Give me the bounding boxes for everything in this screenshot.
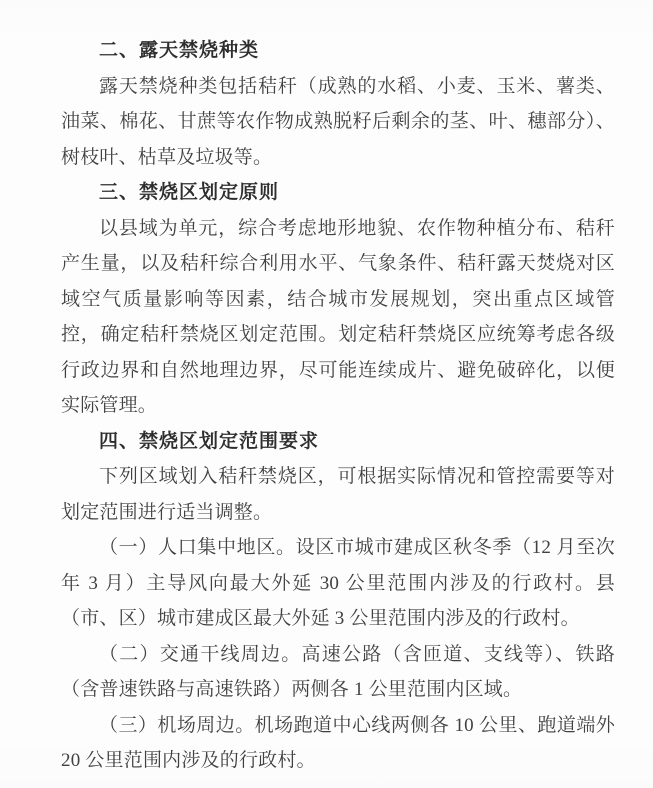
paragraph-item-2-transport-corridors: （二）交通干线周边。高速公路（含匝道、支线等）、铁路（含普速铁路与高速铁路）两侧… bbox=[61, 637, 615, 708]
paragraph-zone-scope-intro: 下列区域划入秸秆禁烧区，可根据实际情况和管控需要等对划定范围进行适当调整。 bbox=[61, 459, 615, 530]
document-body: 二、露天禁烧种类 露天禁烧种类包括秸秆（成熟的水稻、小麦、玉米、薯类、油菜、棉花… bbox=[61, 0, 615, 779]
paragraph-item-3-airport-surroundings: （三）机场周边。机场跑道中心线两侧各 10 公里、跑道端外 20 公里范围内涉及… bbox=[61, 708, 615, 779]
section-heading-open-burning-types: 二、露天禁烧种类 bbox=[61, 33, 615, 69]
paragraph-open-burning-types: 露天禁烧种类包括秸秆（成熟的水稻、小麦、玉米、薯类、油菜、棉花、甘蔗等农作物成熟… bbox=[61, 69, 615, 176]
section-heading-zone-scope-requirements: 四、禁烧区划定范围要求 bbox=[61, 424, 615, 460]
document-page: 二、露天禁烧种类 露天禁烧种类包括秸秆（成熟的水稻、小麦、玉米、薯类、油菜、棉花… bbox=[0, 0, 653, 788]
paragraph-zone-delineation-principles: 以县域为单元，综合考虑地形地貌、农作物种植分布、秸秆产生量，以及秸秆综合利用水平… bbox=[61, 211, 615, 424]
section-heading-zone-delineation-principles: 三、禁烧区划定原则 bbox=[61, 175, 615, 211]
paragraph-item-1-population-centers: （一）人口集中地区。设区市城市建成区秋冬季（12 月至次年 3 月）主导风向最大… bbox=[61, 530, 615, 637]
